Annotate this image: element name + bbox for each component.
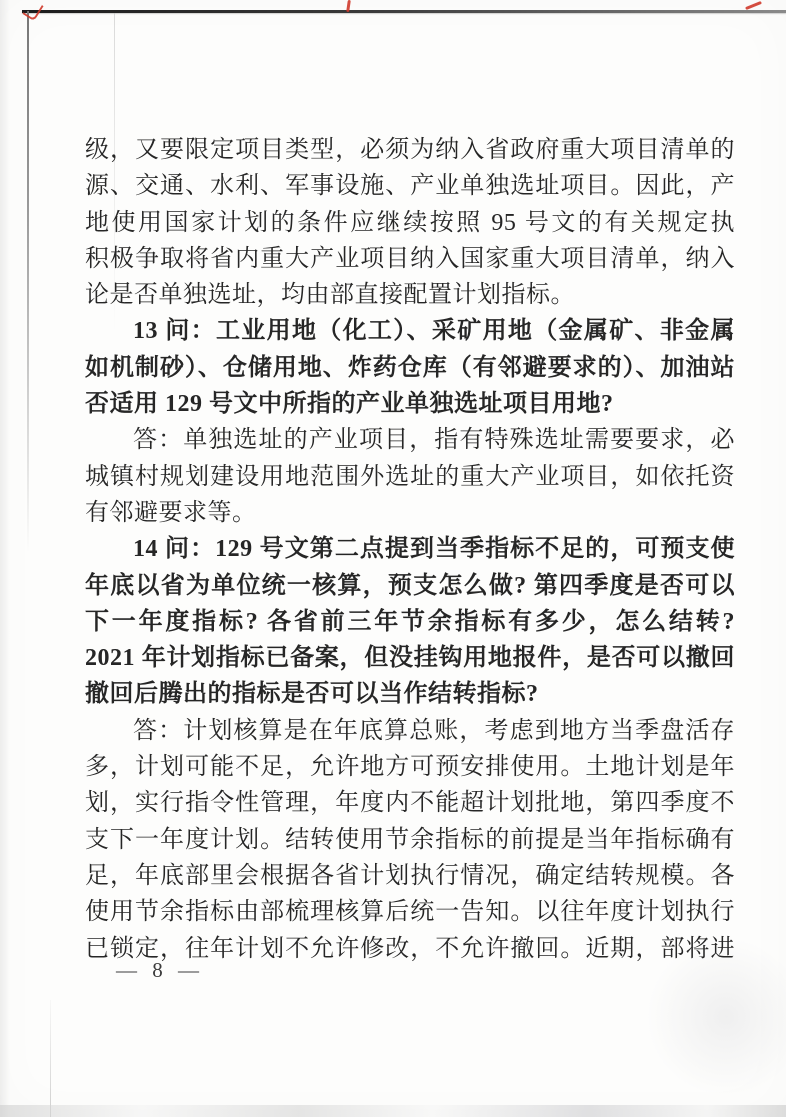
- question-13: 13 问：工业用地（化工）、采矿用地（金属矿、非金属矿，如机制砂）、仓储用地、炸…: [85, 313, 735, 422]
- page-number: — 8 —: [116, 958, 204, 983]
- text-line: 13 问：工业用地（化工）、采矿用地（金属矿、非金属矿，: [85, 313, 735, 349]
- text-line: 否适用 129 号文中所指的产业单独选址项目用地?: [85, 386, 735, 422]
- text-line: 如机制砂）、仓储用地、炸药仓库（有邻避要求的）、加油站等是: [85, 350, 735, 386]
- text-line: 论是否单独选址，均由部直接配置计划指标。: [85, 277, 735, 313]
- scan-top-edge-line: [22, 10, 786, 13]
- answer-14: 答：计划核算是在年底算总账，考虑到地方当季盘活存量不多，计划可能不足，允许地方可…: [85, 713, 735, 967]
- scan-left-edge-line: [27, 11, 29, 581]
- scan-bottom-shadow-band: [0, 1105, 786, 1117]
- answer-12-continued: 级，又要限定项目类型，必须为纳入省政府重大项目清单的能源、交通、水利、军事设施、…: [85, 132, 735, 313]
- red-pen-mark-icon: [745, 1, 762, 10]
- text-line: 地使用国家计划的条件应继续按照 95 号文的有关规定执行。可: [85, 205, 735, 241]
- scanned-document-page: 级，又要限定项目类型，必须为纳入省政府重大项目清单的能源、交通、水利、军事设施、…: [0, 0, 786, 1117]
- text-line: 有邻避要求等。: [85, 495, 735, 531]
- scan-bottom-left-line: [50, 1000, 51, 1117]
- text-line: 年底以省为单位统一核算，预支怎么做? 第四季度是否可以预支: [85, 568, 735, 604]
- text-line: 划，实行指令性管理，年度内不能超计划批地，第四季度不能预: [85, 785, 735, 821]
- text-block: 级，又要限定项目类型，必须为纳入省政府重大项目清单的能源、交通、水利、军事设施、…: [85, 132, 735, 967]
- text-line: 源、交通、水利、军事设施、产业单独选址项目。因此，产业用: [85, 168, 735, 204]
- text-line: 城镇村规划建设用地范围外选址的重大产业项目，如依托资源或: [85, 459, 735, 495]
- text-line: 支下一年度计划。结转使用节余指标的前提是当年指标确有不: [85, 822, 735, 858]
- text-line: 使用节余指标由部梳理核算后统一告知。以往年度计划执行数均: [85, 894, 735, 930]
- answer-13: 答：单独选址的产业项目，指有特殊选址需要要求，必须在城镇村规划建设用地范围外选址…: [85, 422, 735, 531]
- text-line: 级，又要限定项目类型，必须为纳入省政府重大项目清单的能: [85, 132, 735, 168]
- text-line: 足，年底部里会根据各省计划执行情况，确定结转规模。各省可: [85, 858, 735, 894]
- text-line: 下一年度指标? 各省前三年节余指标有多少，怎么结转? 2020、: [85, 604, 735, 640]
- text-line: 积极争取将省内重大产业项目纳入国家重大项目清单，纳入后无: [85, 241, 735, 277]
- text-line: 14 问：129 号文第二点提到当季指标不足的，可预支使用，: [85, 531, 735, 567]
- scan-left-edge-shadow: [0, 0, 10, 1117]
- text-line: 答：单独选址的产业项目，指有特殊选址需要要求，必须在: [85, 422, 735, 458]
- text-line: 多，计划可能不足，允许地方可预安排使用。土地计划是年度计: [85, 749, 735, 785]
- text-line: 撤回后腾出的指标是否可以当作结转指标?: [85, 676, 735, 712]
- red-pen-mark-icon: [22, 0, 43, 21]
- question-14: 14 问：129 号文第二点提到当季指标不足的，可预支使用，年底以省为单位统一核…: [85, 531, 735, 712]
- text-line: 2021 年计划指标已备案，但没挂钩用地报件，是否可以撤回来?: [85, 640, 735, 676]
- text-line: 答：计划核算是在年底算总账，考虑到地方当季盘活存量不: [85, 713, 735, 749]
